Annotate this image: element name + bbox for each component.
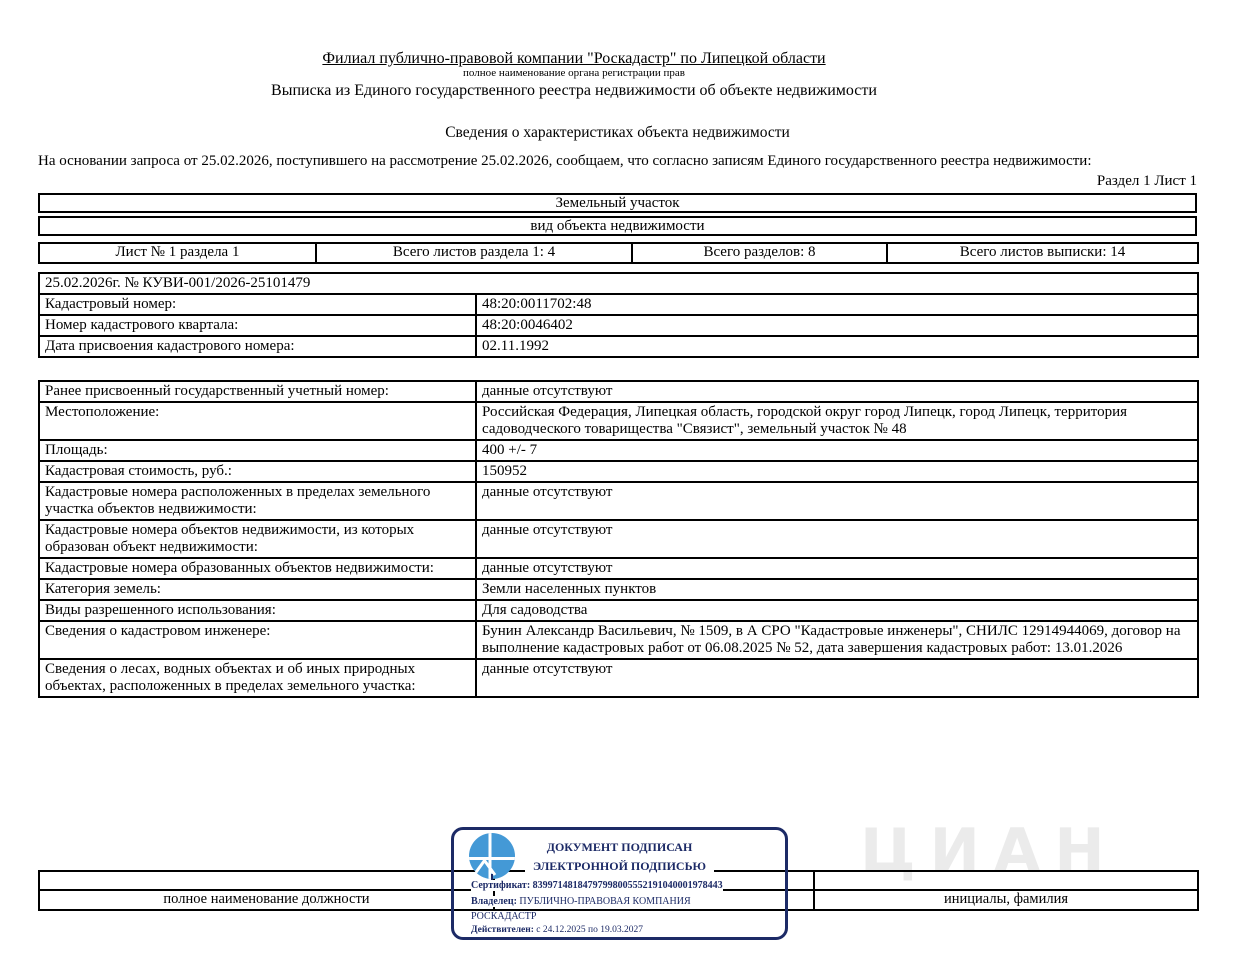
table-row: Ранее присвоенный государственный учетны… xyxy=(39,381,1198,402)
row-value: 48:20:0011702:48 xyxy=(476,294,1198,315)
sheets-info-table: Лист № 1 раздела 1 Всего листов раздела … xyxy=(38,242,1199,264)
org-name-caption: полное наименование органа регистрации п… xyxy=(38,67,1110,79)
row-value: Для садоводства xyxy=(476,600,1198,621)
table-row: Кадастровый номер: 48:20:0011702:48 xyxy=(39,294,1198,315)
table-row: Кадастровые номера объектов недвижимости… xyxy=(39,520,1198,558)
registry-table: 25.02.2026г. № КУВИ-001/2026-25101479 Ка… xyxy=(38,272,1199,358)
row-label: Кадастровые номера образованных объектов… xyxy=(39,558,476,579)
sheet-info-cell: Всего листов выписки: 14 xyxy=(887,243,1198,263)
row-value: данные отсутствуют xyxy=(476,520,1198,558)
row-value: данные отсутствуют xyxy=(476,482,1198,520)
row-value: данные отсутствуют xyxy=(476,381,1198,402)
row-label: Сведения о лесах, водных объектах и об и… xyxy=(39,659,476,697)
table-row: Дата присвоения кадастрового номера: 02.… xyxy=(39,336,1198,357)
validity-value: с 24.12.2025 по 19.03.2027 xyxy=(536,925,643,935)
object-kind-value: Земельный участок xyxy=(38,193,1197,213)
digital-signature-stamp: ДОКУМЕНТ ПОДПИСАН ЭЛЕКТРОННОЙ ПОДПИСЬЮ С… xyxy=(451,827,788,940)
section-title: Сведения о характеристиках объекта недви… xyxy=(38,124,1197,142)
table-row: Виды разрешенного использования: Для сад… xyxy=(39,600,1198,621)
row-value: Российская Федерация, Липецкая область, … xyxy=(476,402,1198,440)
table-row: Кадастровая стоимость, руб.: 150952 xyxy=(39,461,1198,482)
initials-caption: инициалы, фамилия xyxy=(814,890,1198,910)
row-value: 48:20:0046402 xyxy=(476,315,1198,336)
request-line: На основании запроса от 25.02.2026, пост… xyxy=(38,153,1197,170)
table-row: Местоположение: Российская Федерация, Ли… xyxy=(39,402,1198,440)
signature-section: ЦИАН полное наименование должности иници… xyxy=(38,812,1197,957)
certificate-label: Сертификат: xyxy=(471,880,530,891)
row-label: Номер кадастрового квартала: xyxy=(39,315,476,336)
stamp-owner-line2: РОСКАДАСТР xyxy=(471,910,536,923)
table-row: Номер кадастрового квартала: 48:20:00464… xyxy=(39,315,1198,336)
sheet-info-cell: Лист № 1 раздела 1 xyxy=(39,243,316,263)
table-row: Сведения о лесах, водных объектах и об и… xyxy=(39,659,1198,697)
sheet-info-cell: Всего разделов: 8 xyxy=(632,243,887,263)
row-label: Ранее присвоенный государственный учетны… xyxy=(39,381,476,402)
row-value: 400 +/- 7 xyxy=(476,440,1198,461)
row-label: Виды разрешенного использования: xyxy=(39,600,476,621)
details-table: Ранее присвоенный государственный учетны… xyxy=(38,380,1199,698)
row-label: Сведения о кадастровом инженере: xyxy=(39,621,476,659)
row-value: данные отсутствуют xyxy=(476,558,1198,579)
stamp-title-line2: ЭЛЕКТРОННОЙ ПОДПИСЬЮ xyxy=(454,859,785,873)
row-value: Земли населенных пунктов xyxy=(476,579,1198,600)
row-label: Местоположение: xyxy=(39,402,476,440)
table-row: Категория земель: Земли населенных пункт… xyxy=(39,579,1198,600)
table-row: Сведения о кадастровом инженере: Бунин А… xyxy=(39,621,1198,659)
document-page: Филиал публично-правовой компании "Роска… xyxy=(38,50,1197,957)
table-row: Лист № 1 раздела 1 Всего листов раздела … xyxy=(39,243,1198,263)
position-caption: полное наименование должности xyxy=(39,890,494,910)
row-label: Категория земель: xyxy=(39,579,476,600)
row-label: Кадастровые номера объектов недвижимости… xyxy=(39,520,476,558)
row-value: 02.11.1992 xyxy=(476,336,1198,357)
stamp-certificate: Сертификат: 8399714818479799800555219104… xyxy=(471,879,723,892)
owner-value: ПУБЛИЧНО-ПРАВОВАЯ КОМПАНИЯ xyxy=(519,896,690,907)
section-sheet-label: Раздел 1 Лист 1 xyxy=(38,173,1197,190)
row-label: Кадастровая стоимость, руб.: xyxy=(39,461,476,482)
row-label: Дата присвоения кадастрового номера: xyxy=(39,336,476,357)
row-value: данные отсутствуют xyxy=(476,659,1198,697)
certificate-value: 83997148184797998005552191040001978443 xyxy=(533,880,723,891)
signature-space xyxy=(39,871,494,890)
stamp-title-line1: ДОКУМЕНТ ПОДПИСАН xyxy=(454,840,785,854)
row-label: Площадь: xyxy=(39,440,476,461)
validity-label: Действителен: xyxy=(471,925,534,935)
registry-date-number: 25.02.2026г. № КУВИ-001/2026-25101479 xyxy=(39,273,1198,294)
stamp-validity: Действителен: с 24.12.2025 по 19.03.2027 xyxy=(471,924,643,937)
row-value: Бунин Александр Васильевич, № 1509, в А … xyxy=(476,621,1198,659)
table-row: 25.02.2026г. № КУВИ-001/2026-25101479 xyxy=(39,273,1198,294)
sheet-info-cell: Всего листов раздела 1: 4 xyxy=(316,243,632,263)
row-label: Кадастровый номер: xyxy=(39,294,476,315)
document-title: Выписка из Единого государственного реес… xyxy=(38,82,1110,100)
owner-label: Владелец: xyxy=(471,896,517,907)
table-row: Кадастровые номера образованных объектов… xyxy=(39,558,1198,579)
org-name: Филиал публично-правовой компании "Роска… xyxy=(38,50,1110,67)
signature-space xyxy=(814,871,1198,890)
owner-value2: РОСКАДАСТР xyxy=(471,911,536,922)
row-value: 150952 xyxy=(476,461,1198,482)
object-kind-caption: вид объекта недвижимости xyxy=(38,216,1197,236)
header-block: Филиал публично-правовой компании "Роска… xyxy=(38,50,1110,100)
row-label: Кадастровые номера расположенных в преде… xyxy=(39,482,476,520)
table-row: Кадастровые номера расположенных в преде… xyxy=(39,482,1198,520)
table-row: Площадь: 400 +/- 7 xyxy=(39,440,1198,461)
stamp-owner: Владелец: ПУБЛИЧНО-ПРАВОВАЯ КОМПАНИЯ xyxy=(471,895,691,908)
